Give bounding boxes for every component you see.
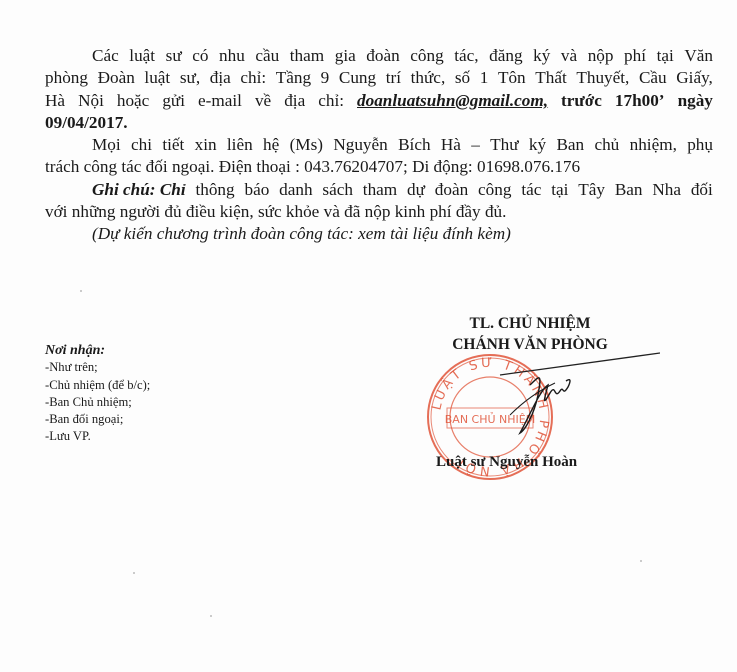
deadline-date: 09/04/2017. [45,112,128,134]
word: luật [129,45,155,67]
word: Tầng [276,67,311,89]
word: thông [195,179,234,201]
word: Đoàn [98,67,135,89]
word: chủ [594,134,619,156]
word: có [192,45,208,67]
word: tham [363,179,397,201]
word: Cầu [639,67,667,89]
scan-speck [133,572,135,574]
word: trí [386,67,401,89]
word: tại [551,179,568,201]
p2-line1: Mọichitiếtxinliênhệ(Ms)NguyễnBíchHà–Thưk… [45,134,713,156]
word: Thư [490,134,518,156]
word: báo [244,179,269,201]
word: địa [284,90,305,112]
word: Thất [535,67,567,89]
word: Ban [556,134,584,156]
word: nhiệm, [630,134,677,156]
word: Nội [78,90,104,112]
p1-line2: phòngĐoànluậtsư,địachỉ:Tầng9Cungtríthức,… [45,67,713,89]
handwritten-signature-icon [470,345,660,440]
word: đăng [489,45,522,67]
word: phí [624,45,646,67]
word: Mọi [92,134,121,156]
word: e-mail [198,90,242,112]
word: Tây [578,179,605,201]
word: Bích [398,134,430,156]
word: Nguyễn [333,134,387,156]
word: gia [335,45,356,67]
word: Nha [652,179,681,201]
recipient-item: -Chủ nhiệm (để b/c); [45,377,150,394]
word: liên [227,134,253,156]
word: trước [561,90,602,112]
word: công [410,45,443,67]
recipients-block: Nơi nhận: -Như trên; -Chủ nhiệm (để b/c)… [45,342,150,446]
note-line2: với những người đủ điều kiện, sức khỏe v… [45,201,713,223]
word: hoặc [117,90,149,112]
word: sư [166,45,182,67]
word: chi [131,134,152,156]
scan-speck [80,290,82,292]
word: hệ [263,134,279,156]
word: Cung [339,67,376,89]
word: địa [210,67,231,89]
recipient-item: -Như trên; [45,359,150,376]
word: tác [521,179,541,201]
word: số [455,67,470,89]
word: về [255,90,271,112]
attachment-line: (Dự kiến chương trình đoàn công tác: xem… [45,223,713,245]
word: ngày [678,90,713,112]
p1-line3: HàNộihoặcgửie-mailvềđịachỉ:doanluatsuhn@… [45,90,713,112]
word: chỉ: [318,90,344,112]
word: 17h00’ [615,90,665,112]
recipient-item: -Lưu VP. [45,428,150,445]
word: Hà [45,90,65,112]
word: Thuyết, [576,67,629,89]
word: phòng [45,67,88,89]
word: đoàn [435,179,468,201]
word: Tôn [498,67,526,89]
word: chỉ: [240,67,266,89]
word: Các [92,45,119,67]
scan-speck [640,560,642,562]
contact-phone-text: trách công tác đối ngoại. Điện thoại : 0… [45,156,580,178]
word: tác, [454,45,478,67]
attachment-note: (Dự kiến chương trình đoàn công tác: xem… [92,223,511,245]
word: cầu [255,45,279,67]
word: và [561,45,577,67]
word: 1 [480,67,489,89]
signer-title-1: TL. CHỦ NHIỆM [420,313,640,334]
word: Văn [684,45,713,67]
word: thức, [411,67,446,89]
note-line1: Ghi chú: Chỉthôngbáodanhsáchthamdựđoàncô… [45,179,713,201]
word: sư, [180,67,200,89]
p1-line4: 09/04/2017. [45,112,713,134]
word: luật [144,67,170,89]
word: nộp [588,45,614,67]
word: tham [290,45,324,67]
p2-line2: trách công tác đối ngoại. Điện thoại : 0… [45,156,713,178]
word: Ban [615,179,643,201]
word: – [471,134,480,156]
word: đối [691,179,713,201]
word: tại [657,45,674,67]
word: sách [322,179,353,201]
note-text: với những người đủ điều kiện, sức khỏe v… [45,201,506,223]
word: 9 [321,67,330,89]
word: dự [407,179,425,201]
word: xin [195,134,217,156]
word: ký [533,45,550,67]
word: Hà [441,134,461,156]
recipients-heading: Nơi nhận: [45,342,150,359]
word: Giấy, [676,67,713,89]
signature-block: TL. CHỦ NHIỆM CHÁNH VĂN PHÒNG Luật sư Ng… [420,313,640,355]
word: gửi [162,90,185,112]
word: nhu [219,45,245,67]
document-page: Cácluậtsưcónhucầuthamgiađoàncôngtác,đăng… [0,0,737,672]
scan-speck [210,615,212,617]
signer-title-2: CHÁNH VĂN PHÒNG [420,334,640,355]
signer-name: Luật sư Nguyễn Hoàn [436,454,636,471]
word: công [478,179,511,201]
word: (Ms) [290,134,323,156]
letter-body: Cácluậtsưcónhucầuthamgiađoàncôngtác,đăng… [45,45,713,246]
recipient-item: -Ban Chủ nhiệm; [45,394,150,411]
word: phụ [687,134,713,156]
word: đoàn [366,45,399,67]
word: danh [279,179,312,201]
note-label: Ghi chú: Chỉ [92,179,186,201]
p1-line1: Cácluậtsưcónhucầuthamgiađoàncôngtác,đăng… [45,45,713,67]
email-link[interactable]: doanluatsuhn@gmail.com, [357,90,548,112]
word: ký [529,134,546,156]
recipient-item: -Ban đối ngoại; [45,411,150,428]
word: tiết [162,134,184,156]
